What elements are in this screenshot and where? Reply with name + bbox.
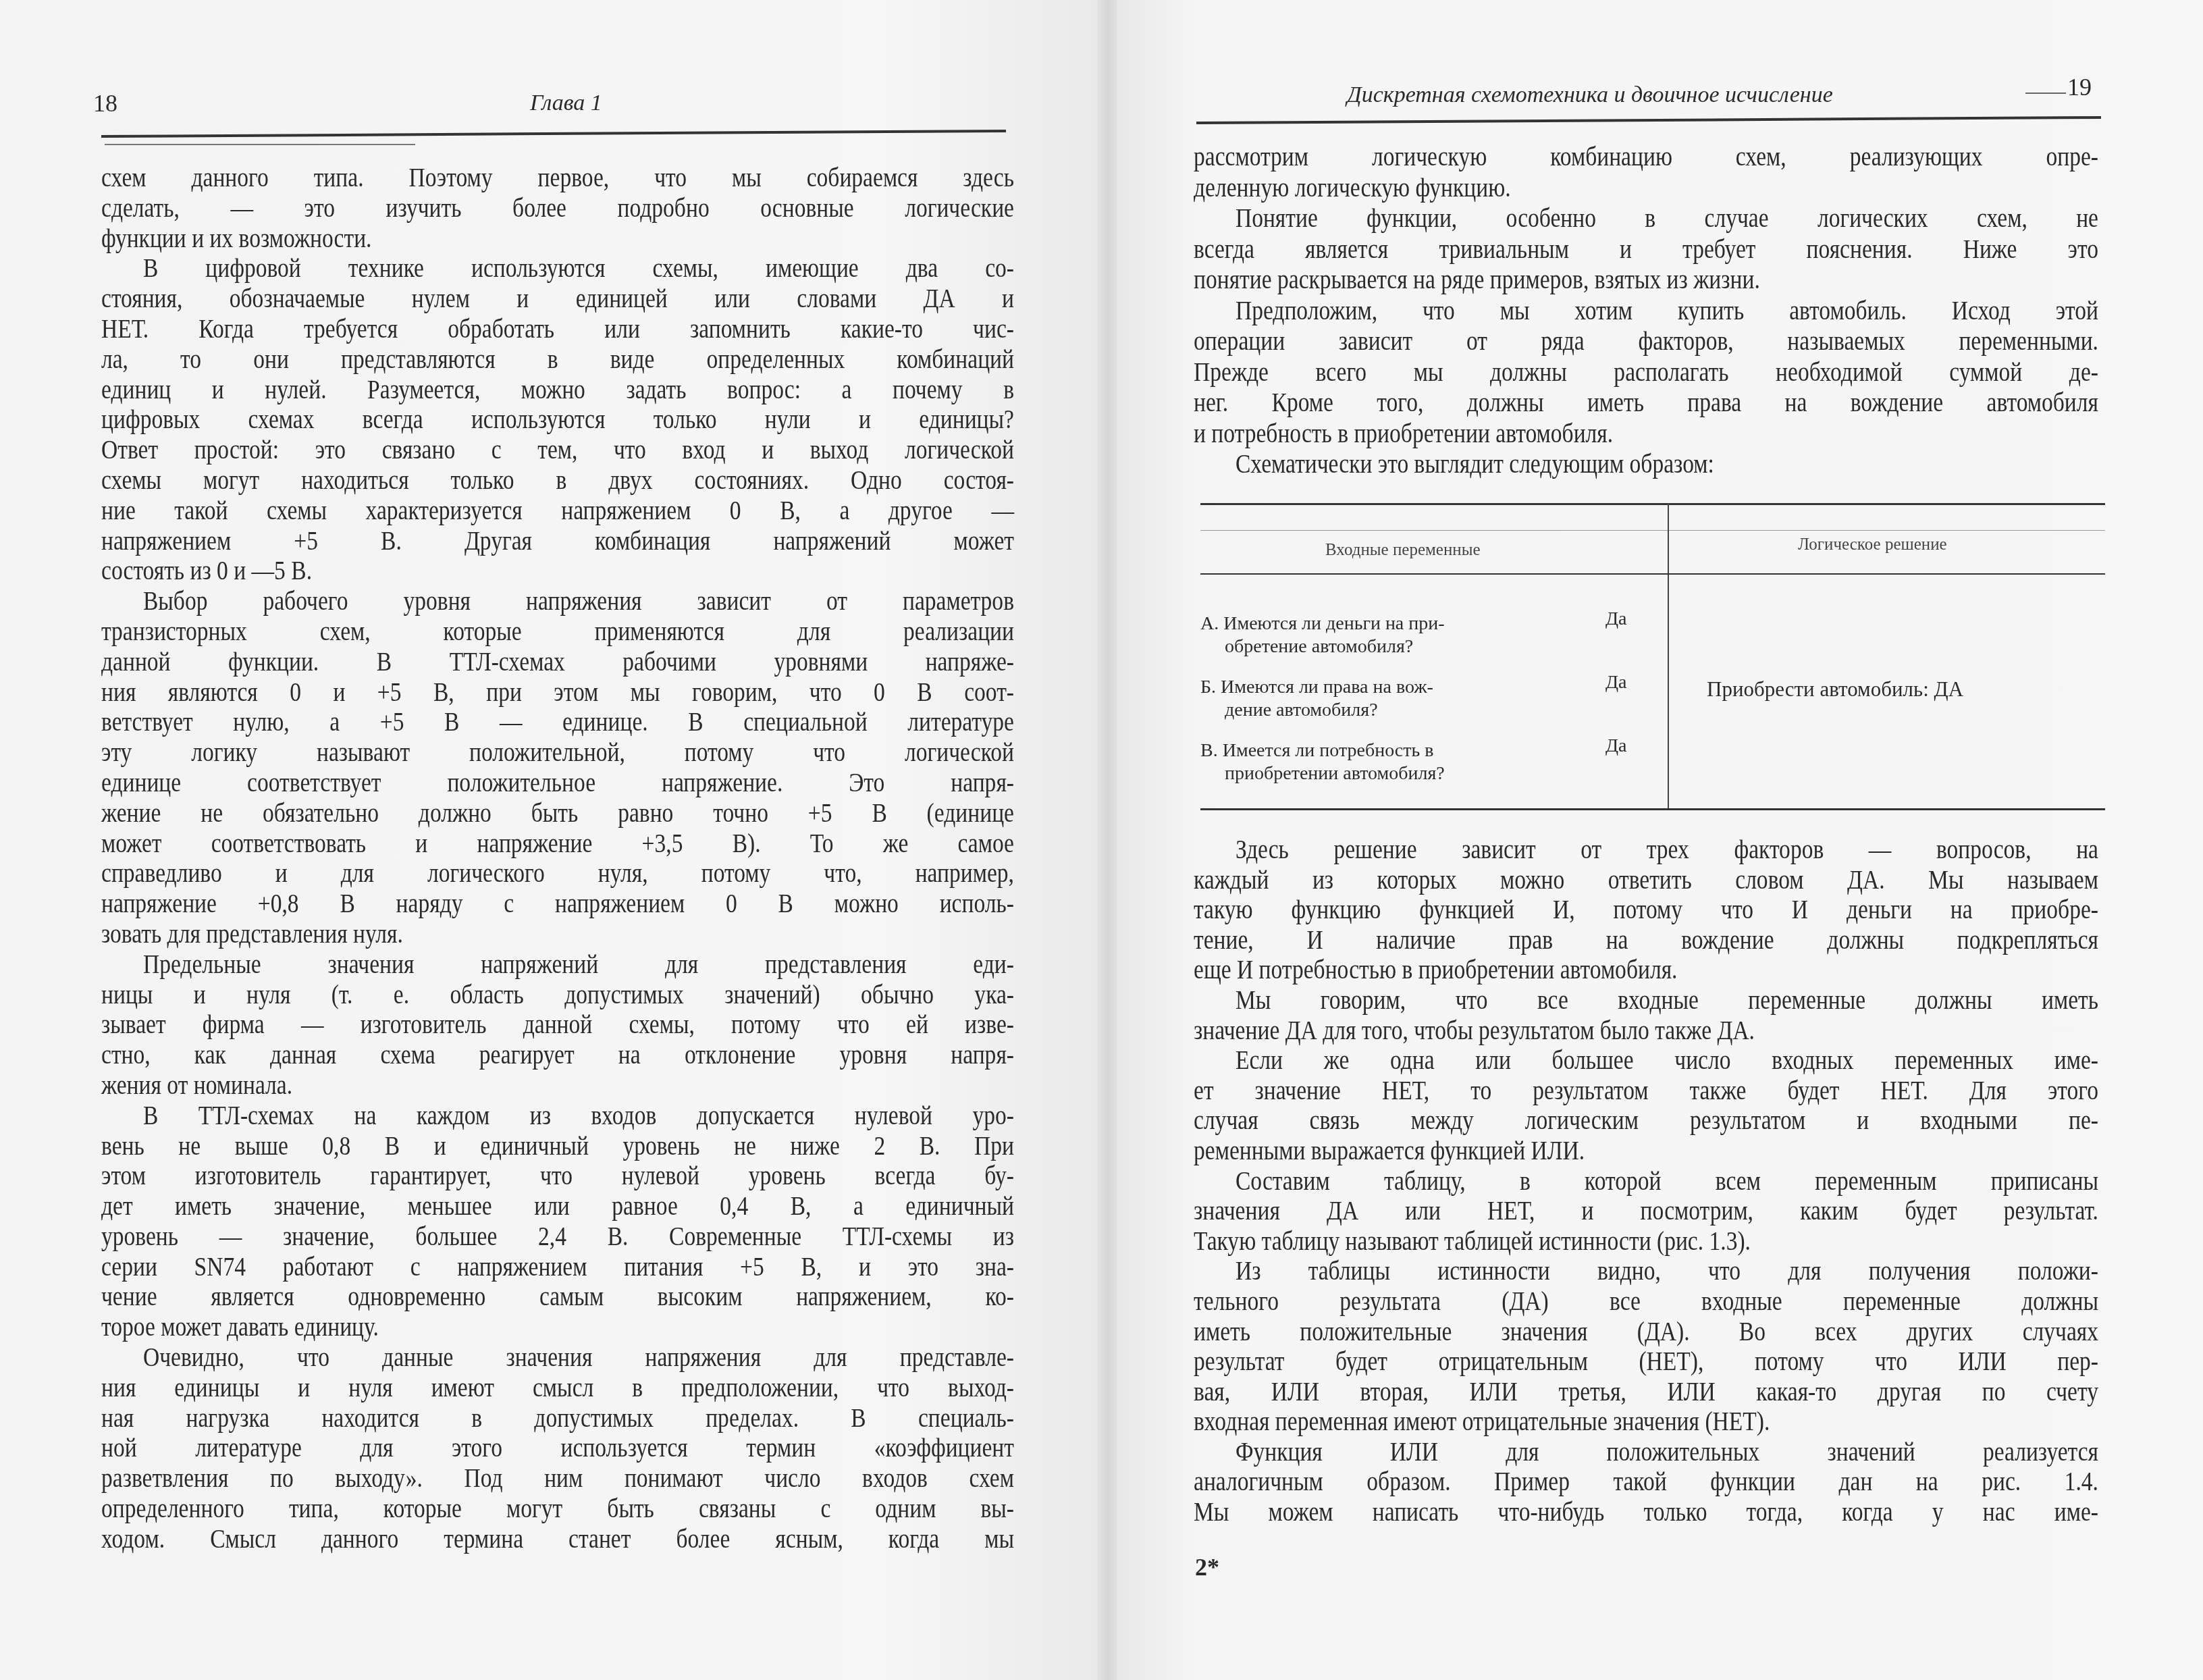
text-line: может соответствовать и напряжение +3,5 …	[101, 829, 1014, 860]
left-header-subrule	[105, 144, 415, 145]
row-answer: Да	[1605, 608, 1627, 630]
row-question-cont: обретение автомобиля?	[1225, 635, 1413, 658]
text-line: определенного типа, которые могут быть с…	[101, 1494, 1014, 1525]
decision-table: Входные переменные Логическое решение А.…	[1200, 503, 2105, 814]
text-line: вень не выше 0,8 В и единичный уровень н…	[101, 1132, 1014, 1162]
row-label: А.	[1200, 613, 1219, 634]
table-header-inputs: Входные переменные	[1325, 541, 1481, 560]
text-line: эту логику называют положительной, потом…	[101, 738, 1014, 768]
row-question-cont: приобретении автомобиля?	[1225, 762, 1445, 785]
right-page-number: 19	[2067, 73, 2092, 101]
text-line: этом изготовитель гарантирует, что нулев…	[101, 1161, 1014, 1192]
row-answer: Да	[1605, 672, 1627, 693]
right-header-shortrule	[2025, 93, 2066, 94]
text-line: Мы говорим, что все входные переменные д…	[1194, 986, 2098, 1016]
text-line: тельного результата (ДА) все входные пер…	[1194, 1287, 2098, 1317]
text-line: случая связь между логическим результато…	[1194, 1106, 2098, 1136]
text-line: жения от номинала.	[101, 1071, 1014, 1101]
text-line: ходом. Смысл данного термина станет боле…	[101, 1525, 1014, 1555]
text-line: схем данного типа. Поэтому первое, что м…	[101, 163, 1014, 194]
table-header-bottom-rule	[1200, 573, 2105, 575]
right-body-text-bottom: Здесь решение зависит от трех факторов —…	[1194, 835, 2098, 1528]
row-label: Б.	[1200, 677, 1216, 698]
book-gutter	[1097, 0, 1117, 1680]
text-line: Если же одна или большее число входных п…	[1194, 1046, 2098, 1076]
row-answer: Да	[1605, 735, 1627, 757]
text-line: Схематически это выглядит следующим обра…	[1194, 449, 2098, 480]
table-header-decision: Логическое решение	[1798, 535, 1947, 554]
table-top-rule	[1200, 503, 2105, 505]
text-line: Прежде всего мы должны располагать необх…	[1194, 357, 2098, 388]
text-line: еще И потребностью в приобретении автомо…	[1194, 955, 2098, 986]
text-line: дет иметь значение, меньшее или равное 0…	[101, 1192, 1014, 1222]
text-line: значения ДА или НЕТ, и посмотрим, каким …	[1194, 1197, 2098, 1227]
text-line: аналогичным образом. Пример такой функци…	[1194, 1467, 2098, 1498]
text-line: ния являются 0 и +5 В, при этом мы говор…	[101, 678, 1014, 708]
text-line: Здесь решение зависит от трех факторов —…	[1194, 835, 2098, 866]
text-line: единиц и нулей. Разумеется, можно задать…	[101, 375, 1014, 406]
row-question: Имеется ли потребность в	[1223, 740, 1434, 761]
text-line: схемы могут находиться только в двух сос…	[101, 466, 1014, 496]
text-line: зовать для представления нуля.	[101, 920, 1014, 950]
text-line: вая, ИЛИ вторая, ИЛИ третья, ИЛИ какая-т…	[1194, 1377, 2098, 1408]
text-line: операции зависит от ряда факторов, назыв…	[1194, 326, 2098, 357]
table-column-divider	[1668, 503, 1669, 810]
text-line: Составим таблицу, в которой всем перемен…	[1194, 1167, 2098, 1197]
table-decision-value: Приобрести автомобиль: ДА	[1707, 677, 1963, 702]
text-line: серии SN74 работают с напряжением питани…	[101, 1253, 1014, 1283]
text-line: напряжение +0,8 В наряду с напряжением 0…	[101, 889, 1014, 920]
text-line: торое может давать единицу.	[101, 1313, 1014, 1343]
text-line: Мы можем написать что-нибудь только тогд…	[1194, 1498, 2098, 1528]
text-line: цифровых схемах всегда используются толь…	[101, 405, 1014, 436]
row-question-cont: дение автомобиля?	[1225, 699, 1378, 722]
text-line: Выбор рабочего уровня напряжения зависит…	[101, 587, 1014, 617]
text-line: функции и их возможности.	[101, 224, 1014, 255]
text-line: разветвления по выходу». Под ним понимаю…	[101, 1464, 1014, 1494]
text-line: сделать, — это изучить более подробно ос…	[101, 194, 1014, 224]
left-body-text: схем данного типа. Поэтому первое, что м…	[101, 163, 1014, 1555]
row-question: Имеются ли деньги на при-	[1223, 613, 1444, 634]
text-line: В ТТЛ-схемах на каждом из входов допуска…	[101, 1101, 1014, 1132]
text-line: стояния, обозначаемые нулем и единицей и…	[101, 284, 1014, 315]
text-line: ная нагрузка находится в допустимых пред…	[101, 1404, 1014, 1434]
text-line: ной литературе для этого используется те…	[101, 1434, 1014, 1464]
text-line: деленную логическую функцию.	[1194, 173, 2098, 204]
text-line: значение ДА для того, чтобы результатом …	[1194, 1016, 2098, 1047]
text-line: и потребность в приобретении автомобиля.	[1194, 419, 2098, 450]
text-line: Такую таблицу называют таблицей истиннос…	[1194, 1227, 2098, 1257]
row-label: В.	[1200, 740, 1218, 761]
text-line: справедливо и для логического нуля, пото…	[101, 859, 1014, 889]
text-line: понятие раскрывается на ряде примеров, в…	[1194, 265, 2098, 296]
text-line: зывает фирма — изготовитель данной схемы…	[101, 1010, 1014, 1041]
text-line: Предельные значения напряжений для предс…	[101, 950, 1014, 980]
text-line: такую функцию функцией И, потому что И д…	[1194, 895, 2098, 926]
text-line: тение, И наличие прав на вождение должны…	[1194, 926, 2098, 956]
text-line: ременными выражается функцией ИЛИ.	[1194, 1136, 2098, 1167]
left-running-head: Глава 1	[530, 90, 602, 116]
text-line: В цифровой технике используются схемы, и…	[101, 254, 1014, 284]
text-line: Ответ простой: это связано с тем, что вх…	[101, 436, 1014, 466]
text-line: результат будет отрицательным (НЕТ), пот…	[1194, 1347, 2098, 1377]
text-line: чение является одновременно самым высоки…	[101, 1282, 1014, 1313]
text-line: нег. Кроме того, должны иметь права на в…	[1194, 388, 2098, 419]
text-line: каждый из которых можно ответить словом …	[1194, 866, 2098, 896]
signature-mark: 2*	[1195, 1553, 1219, 1581]
text-line: ветствует нулю, а +5 В — единице. В спец…	[101, 708, 1014, 738]
text-line: напряжением +5 В. Другая комбинация напр…	[101, 527, 1014, 557]
right-running-head: Дискретная схемотехника и двоичное исчис…	[1347, 82, 1833, 108]
text-line: жение не обязательно должно быть равно т…	[101, 799, 1014, 829]
text-line: уровень — значение, большее 2,4 В. Совре…	[101, 1222, 1014, 1253]
left-page-number: 18	[93, 89, 117, 117]
table-bottom-rule	[1200, 808, 2105, 810]
right-body-text-top: рассмотрим логическую комбинацию схем, р…	[1194, 142, 2098, 480]
text-line: Понятие функции, особенно в случае логич…	[1194, 203, 2098, 234]
text-line: Из таблицы истинности видно, что для пол…	[1194, 1257, 2098, 1287]
text-line: состоять из 0 и —5 В.	[101, 556, 1014, 587]
text-line: всегда является тривиальным и требует по…	[1194, 234, 2098, 265]
text-line: Очевидно, что данные значения напряжения…	[101, 1343, 1014, 1373]
text-line: ла, то они представляются в виде определ…	[101, 345, 1014, 375]
table-header-thinrule	[1200, 530, 2105, 531]
text-line: рассмотрим логическую комбинацию схем, р…	[1194, 142, 2098, 173]
text-line: ние такой схемы характеризуется напряжен…	[101, 496, 1014, 527]
text-line: единице соответствует положительное напр…	[101, 768, 1014, 799]
row-question: Имеются ли права на вож-	[1221, 677, 1433, 698]
text-line: транзисторных схем, которые применяются …	[101, 617, 1014, 648]
text-line: данной функции. В ТТЛ-схемах рабочими ур…	[101, 648, 1014, 678]
text-line: ет значение НЕТ, то результатом также бу…	[1194, 1076, 2098, 1107]
text-line: Предположим, что мы хотим купить автомоб…	[1194, 296, 2098, 327]
text-line: входная переменная имеют отрицательные з…	[1194, 1407, 2098, 1438]
text-line: иметь положительные значения (ДА). Во вс…	[1194, 1317, 2098, 1348]
text-line: ния единицы и нуля имеют смысл в предпол…	[101, 1373, 1014, 1404]
text-line: Функция ИЛИ для положительных значений р…	[1194, 1438, 2098, 1468]
text-line: ницы и нуля (т. е. область допустимых зн…	[101, 980, 1014, 1011]
text-line: НЕТ. Когда требуется обработать или запо…	[101, 315, 1014, 345]
text-line: стно, как данная схема реагирует на откл…	[101, 1041, 1014, 1071]
